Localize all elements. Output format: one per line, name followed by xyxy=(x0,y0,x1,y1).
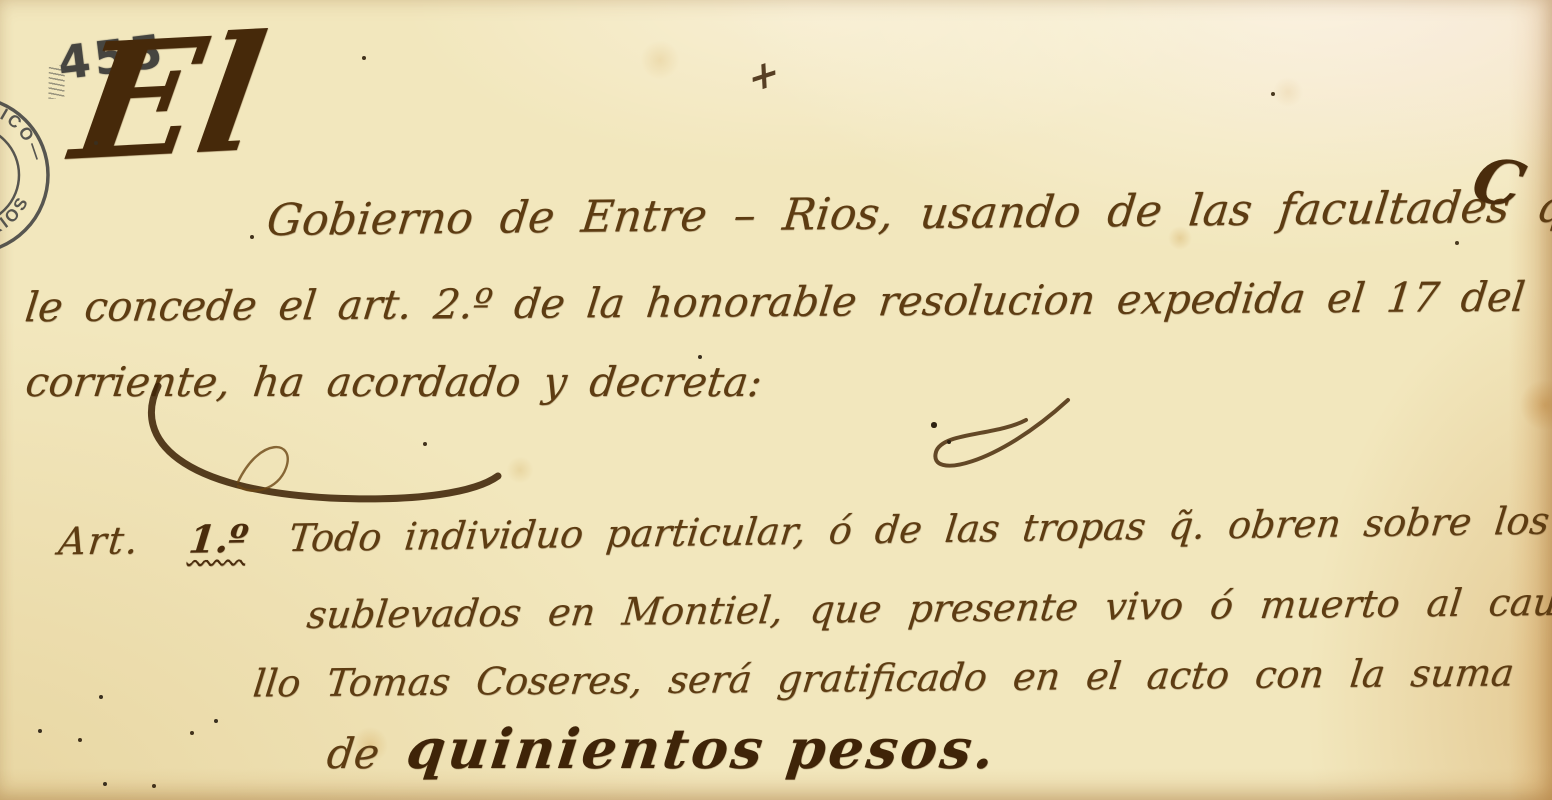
amount-text: quinientos pesos. xyxy=(403,716,1001,781)
manuscript-line-7: de quinientos pesos. xyxy=(324,716,1001,781)
svg-text:RIOS: RIOS xyxy=(0,192,33,239)
amount-prefix: de xyxy=(324,729,382,778)
cross-mark: + xyxy=(748,46,781,102)
article-number: 1.º xyxy=(187,516,251,562)
drop-cap-initial: El xyxy=(64,13,274,182)
stamp-lower-text: RIOS xyxy=(0,192,33,239)
svg-text:ICO—: ICO— xyxy=(0,105,48,165)
ink-speckles xyxy=(0,0,2,2)
stamp-upper-text: ICO— xyxy=(0,105,48,165)
manuscript-line-3: corriente, ha acordado y decreta: xyxy=(23,358,765,406)
article-label: Art. xyxy=(56,518,142,563)
